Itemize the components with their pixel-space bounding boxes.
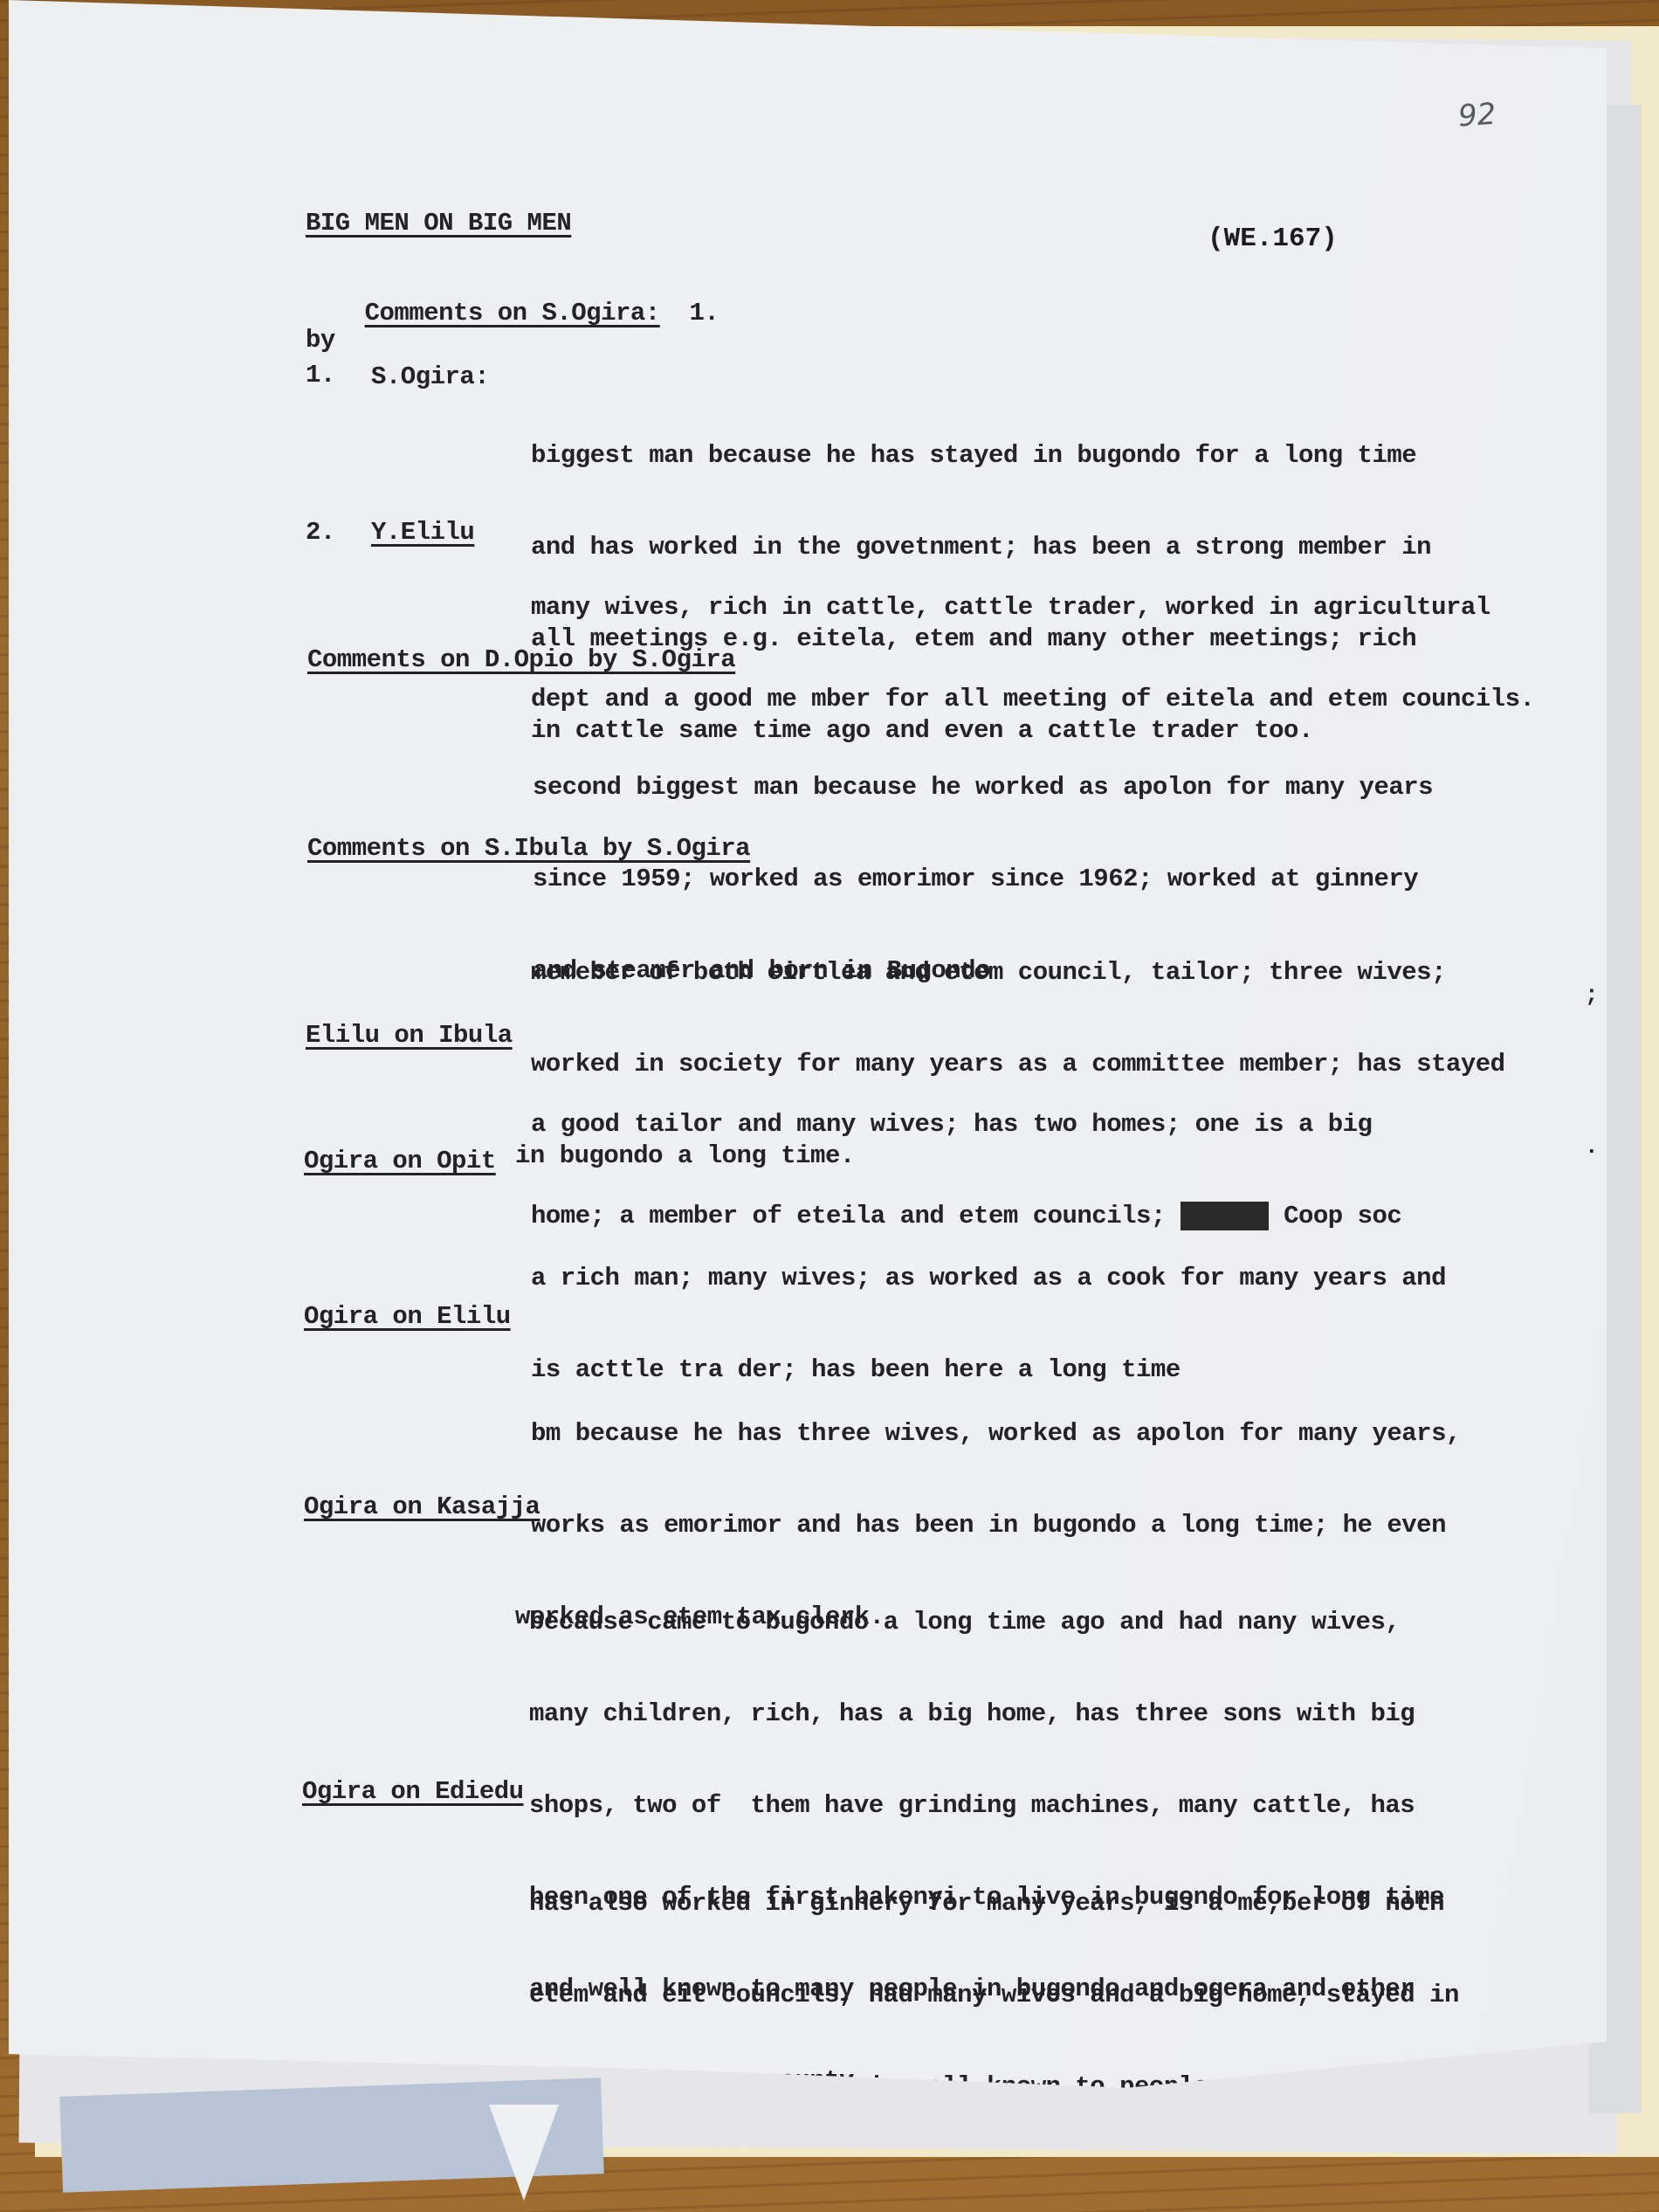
section-heading: Comments on S.Ibula by S.Ogira: [307, 833, 750, 864]
text-line: biggest man because he has stayed in bug…: [531, 440, 1431, 471]
text-line: many children, rich, has a big home, has…: [529, 1699, 1444, 1729]
document-reference: (WE.167): [1208, 224, 1338, 254]
text-line: shops, two of them have grinding machine…: [529, 1790, 1444, 1821]
text-line: memeber of both eirtlea and etem council…: [531, 957, 1505, 988]
margin-mark: ;: [1585, 982, 1599, 1008]
entry-name: Y.Elilu: [371, 517, 474, 548]
text-line: dept and a good me mber for all meeting …: [531, 684, 1534, 714]
text-line: works as emorimor and has been in bugond…: [531, 1510, 1461, 1540]
text-line: many wives, rich in cattle, cattle trade…: [531, 592, 1534, 623]
text-line: etem and eit councils, had many wives an…: [529, 1980, 1459, 2010]
entry-name: S.Ogira:: [371, 362, 489, 392]
text-line: a good tailor and many wives; has two ho…: [531, 1109, 1401, 1140]
subtitle-number: 1.: [690, 299, 719, 327]
section-heading: Elilu on Ibula: [306, 1020, 513, 1051]
entry-number: 2.: [306, 517, 335, 548]
text-line: since 1959; worked as emorimor since 196…: [533, 864, 1433, 894]
subtitle: Comments on S.Ogira:: [365, 299, 660, 327]
typewritten-page: 92 (WE.167) BIG MEN ON BIG MEN Comments …: [9, 0, 1607, 2105]
text-line: a rich man; many wives; as worked as a c…: [531, 1263, 1446, 1293]
section-heading: Ogira on Elilu: [304, 1301, 511, 1332]
by-label: by: [306, 325, 335, 355]
text-line: second biggest man because he worked as …: [533, 772, 1433, 803]
margin-mark: .: [1585, 1134, 1599, 1160]
entry-number: 1.: [306, 360, 335, 390]
document-title: BIG MEN ON BIG MEN: [306, 208, 571, 238]
text-line: has also worked in ginnery for many year…: [529, 1888, 1459, 1919]
torn-paper-flap: [489, 2105, 559, 2201]
text-line: bm because he has three wives, worked as…: [531, 1418, 1461, 1449]
text-line: because came to bugondo a long time ago …: [529, 1607, 1444, 1637]
subtitle-row: Comments on S.Ogira: 1.: [306, 267, 719, 359]
section-heading: Ogira on Ediedu: [302, 1776, 524, 1807]
section-heading: Ogira on Opit: [304, 1146, 496, 1176]
handwritten-page-number: 92: [1457, 97, 1497, 134]
section-heading: Comments on D.Opio by S.Ogira: [307, 644, 735, 675]
section-heading: Ogira on Kasajja: [304, 1492, 540, 1522]
